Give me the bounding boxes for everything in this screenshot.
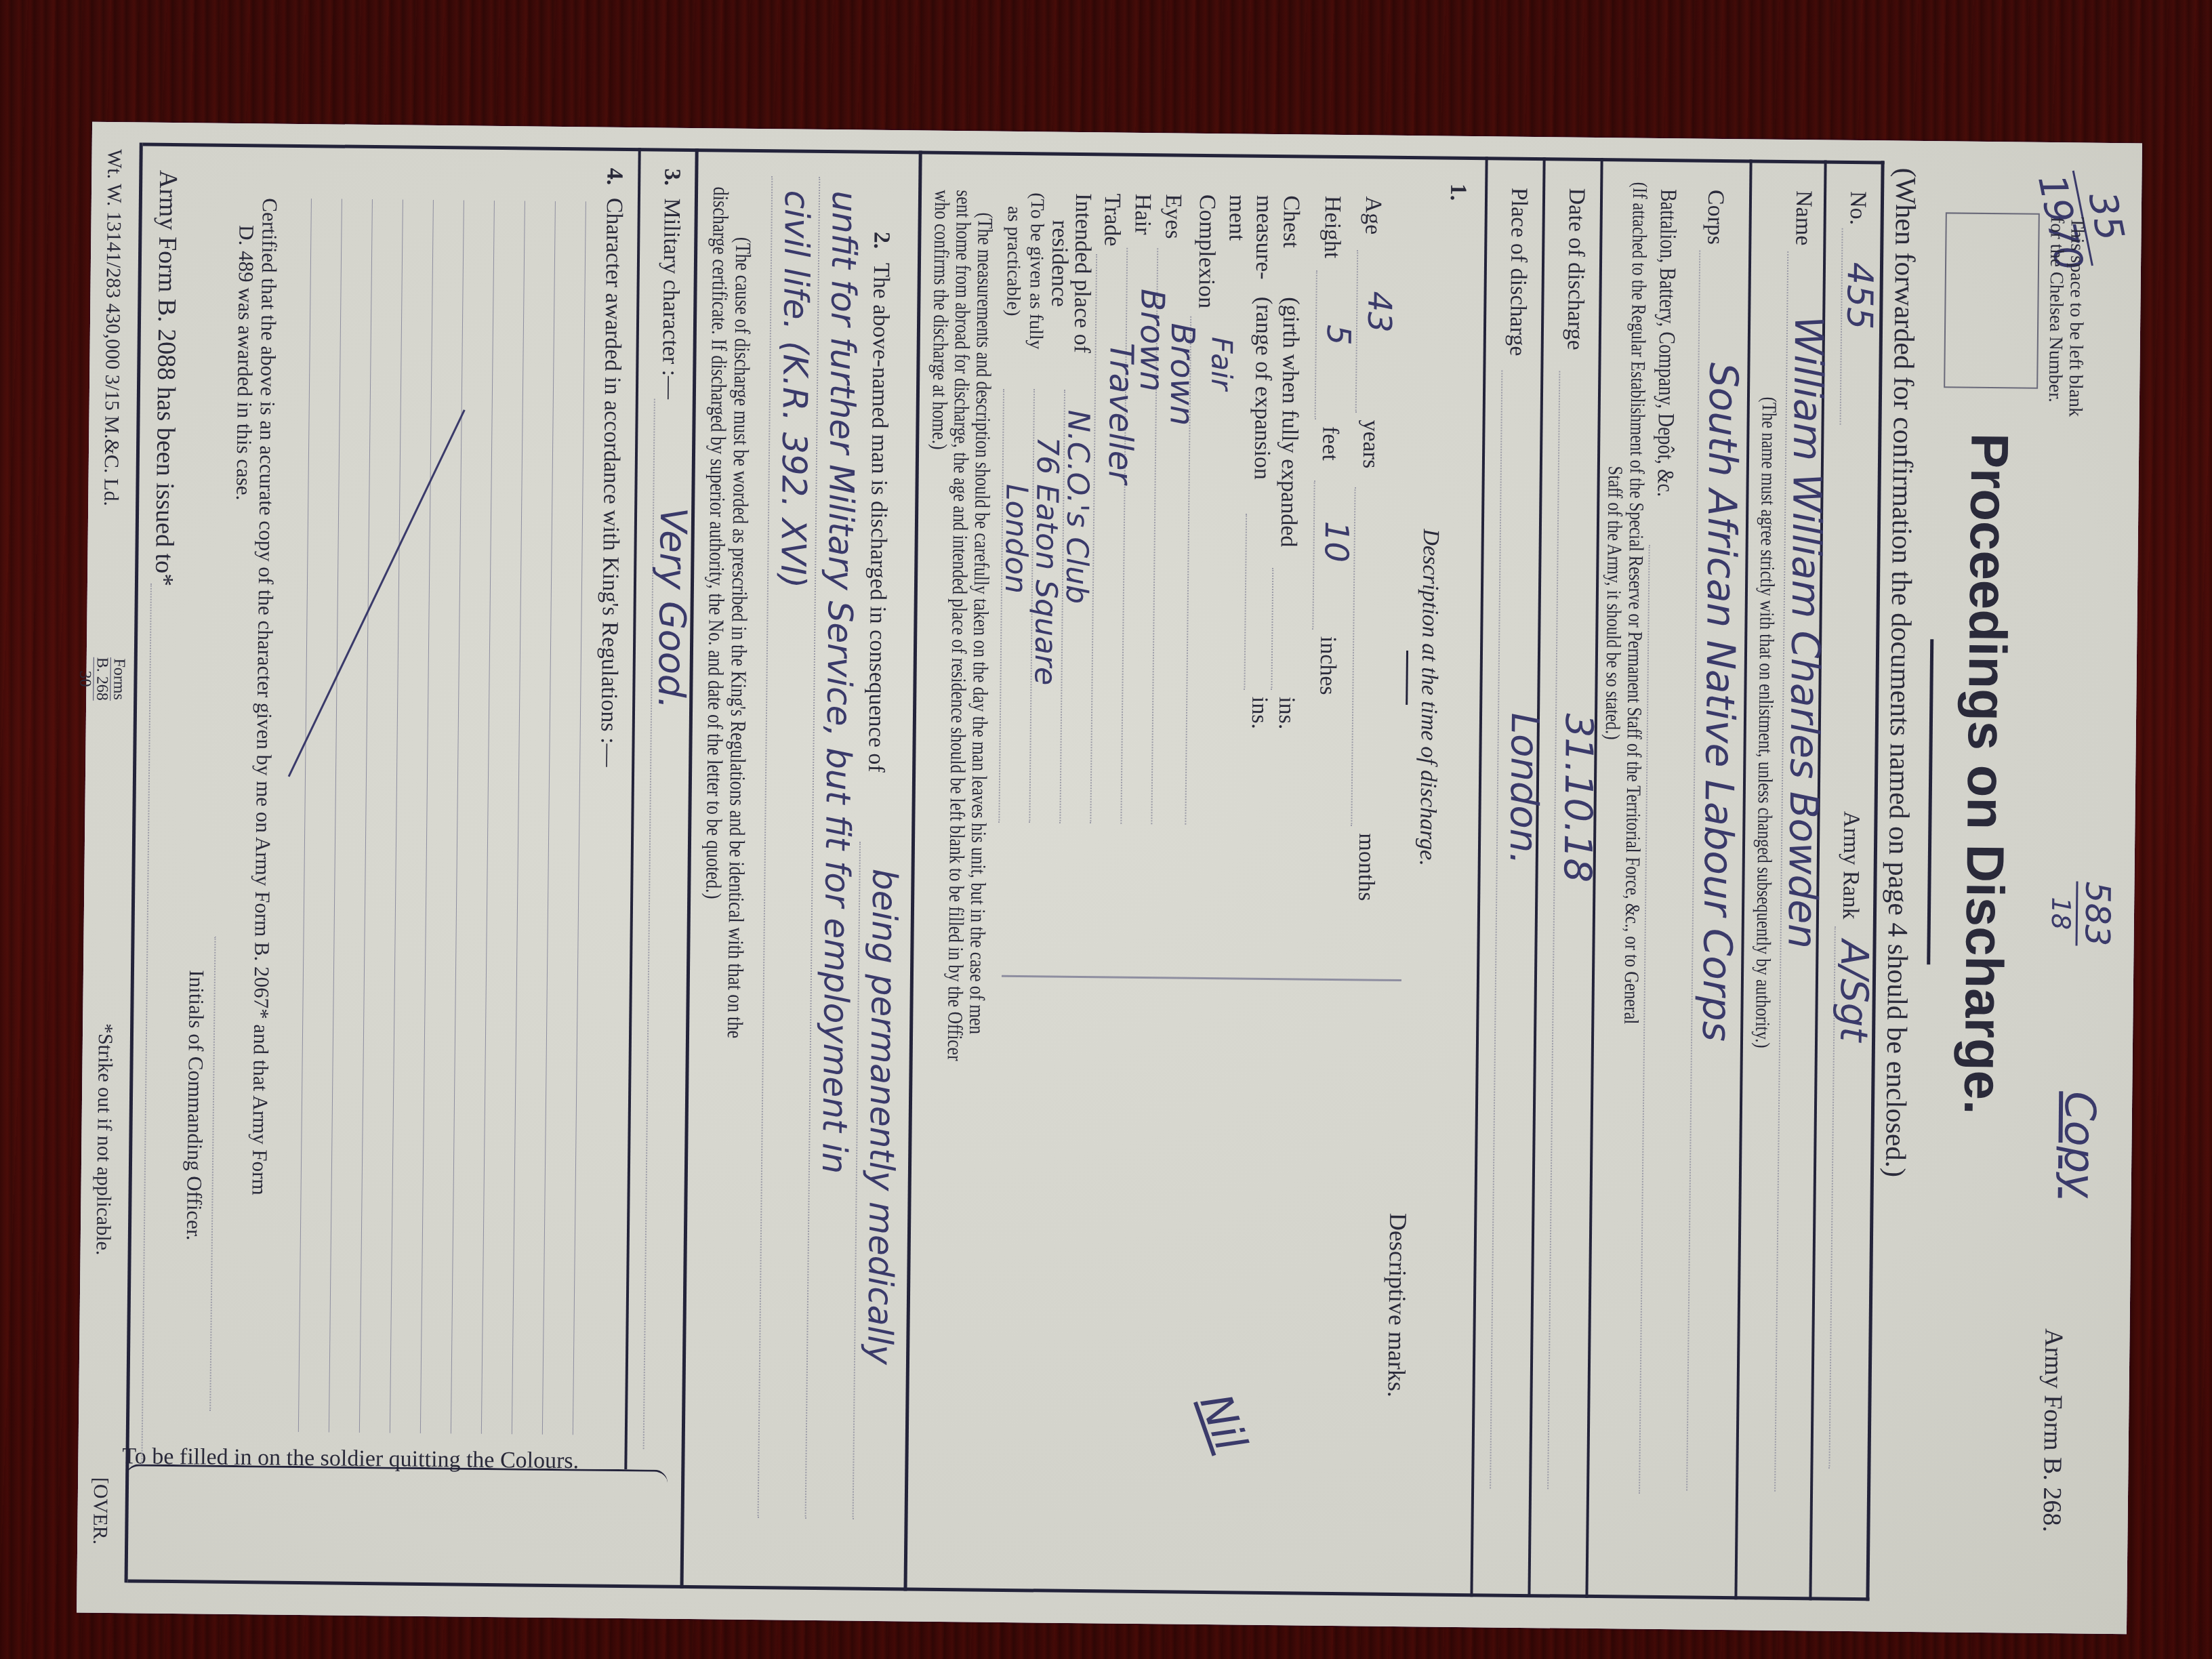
divider bbox=[680, 148, 698, 1589]
chelsea-number-box bbox=[1944, 212, 2040, 388]
initials-label: Initials of Commanding Officer. bbox=[182, 970, 209, 1240]
forms-code-bottom: 30 bbox=[77, 657, 94, 701]
character-rule-line bbox=[298, 199, 312, 1432]
place-of-discharge-value: London. bbox=[1501, 713, 1547, 865]
eyes-label: Eyes bbox=[1160, 194, 1186, 239]
character-lines bbox=[2127, 143, 2142, 1634]
chelsea-note: This space to be left blank for the Chel… bbox=[2045, 217, 2087, 417]
battalion-label: Battalion, Battery, Company, Depôt, &c. bbox=[1652, 189, 1681, 497]
character-rule-line bbox=[481, 201, 495, 1434]
section4: 4. Character awarded in accordance with … bbox=[595, 168, 627, 767]
military-character-value: Very Good. bbox=[650, 507, 695, 709]
age-years-label: years bbox=[1357, 419, 1384, 468]
section1-number: 1. bbox=[1445, 184, 1471, 201]
residence-label: Intended place of residence (To be given… bbox=[1001, 192, 1094, 353]
descriptive-divider bbox=[1002, 975, 1401, 981]
residence-label-line: (To be given as fully bbox=[1024, 192, 1048, 352]
forms-code-mid: B. 268 bbox=[93, 657, 110, 701]
section1-heading-rule bbox=[1406, 651, 1408, 705]
battalion-note: (If attached to the Regular Establishmen… bbox=[1598, 182, 1650, 1024]
section3-number: 3. bbox=[659, 168, 684, 186]
corps-label: Corps bbox=[1702, 190, 1728, 245]
name-label: Name bbox=[1790, 190, 1816, 246]
divider bbox=[624, 148, 640, 1469]
frame-right bbox=[128, 1579, 1870, 1601]
girth-rule bbox=[1271, 568, 1273, 690]
character-rule-line bbox=[329, 199, 342, 1433]
age-months-label: months bbox=[1353, 833, 1379, 901]
strike-note: *Strike out if not applicable. bbox=[91, 1023, 117, 1256]
residence-label-line: as practicable) bbox=[1001, 192, 1025, 352]
section2-note: (The cause of discharge must be worded a… bbox=[701, 237, 755, 1038]
cause-line-2: unfit for further Military Service, but … bbox=[815, 190, 864, 1174]
fraction-numerator: 583 bbox=[2078, 881, 2118, 946]
complexion-value: Fair bbox=[1205, 337, 1239, 390]
subtitle: (When forwarded for confirmation the doc… bbox=[1879, 167, 1922, 1177]
certified-text: Certified that the above is an accurate … bbox=[225, 198, 281, 1195]
no-label: No. bbox=[1845, 191, 1871, 225]
corps-value: South African Native Labour Corps bbox=[1694, 363, 1746, 1042]
trade-value: Traveller bbox=[1101, 342, 1141, 484]
residence-line-3: London bbox=[998, 484, 1034, 594]
character-rule-line bbox=[451, 200, 464, 1433]
height-inches-label: inches bbox=[1314, 636, 1340, 695]
divider bbox=[903, 150, 922, 1591]
chest-label-line: ment bbox=[1223, 194, 1250, 279]
character-rule-line bbox=[542, 201, 556, 1435]
name-note: (The name must agree strictly with that … bbox=[1750, 396, 1780, 1048]
character-strike-line bbox=[288, 409, 466, 777]
army-rank-value: A/Sgt bbox=[1831, 940, 1877, 1042]
range-rule bbox=[1244, 514, 1247, 690]
forms-code-top: Forms bbox=[110, 657, 127, 701]
age-years-value: 43 bbox=[1360, 291, 1399, 333]
height-inches-value: 10 bbox=[1317, 521, 1355, 563]
section3-label: Military character :— bbox=[657, 198, 684, 399]
age-label: Age bbox=[1359, 196, 1386, 234]
height-feet-label: feet bbox=[1317, 426, 1343, 461]
cause-line-3: civil life. (K.R. 392. XVI) bbox=[773, 190, 817, 588]
section4-label: Character awarded in accordance with Kin… bbox=[596, 198, 627, 767]
chest-label-line: Chest bbox=[1277, 195, 1305, 280]
fraction-denominator: 18 bbox=[2046, 881, 2078, 946]
date-rule bbox=[1547, 371, 1560, 1489]
section3: 3. Military character :— bbox=[657, 168, 685, 399]
section1-note: (The measurements and description should… bbox=[922, 212, 996, 1061]
character-rule-line bbox=[390, 200, 403, 1433]
character-rule-line bbox=[359, 199, 373, 1433]
army-rank-label: Army Rank bbox=[1837, 811, 1864, 920]
over-marker: [OVER. bbox=[88, 1477, 112, 1545]
hair-rule bbox=[1120, 248, 1128, 824]
residence-label-line: Intended place of bbox=[1070, 193, 1094, 353]
section2-number: 2. bbox=[869, 232, 894, 249]
no-value: 455 bbox=[1839, 262, 1880, 330]
residence-rule bbox=[998, 389, 1004, 823]
chest-girth-label: (girth when fully expanded bbox=[1275, 297, 1304, 548]
character-rule-line bbox=[573, 201, 586, 1435]
height-feet-value: 5 bbox=[1319, 325, 1357, 346]
discharge-form-page: 35 1970 583 18 Copy This space to be lef… bbox=[77, 122, 2142, 1635]
place-rule bbox=[1490, 371, 1502, 1489]
residence-label-line: residence bbox=[1047, 193, 1071, 353]
divider bbox=[1470, 157, 1488, 1597]
residence-line-2: 76 Eaton Square bbox=[1027, 436, 1065, 685]
chest-label: Chest measure- ment bbox=[1223, 194, 1305, 280]
chest-girth-unit: ins. bbox=[1273, 697, 1300, 730]
colours-bracket bbox=[125, 1464, 668, 1492]
frame-left bbox=[143, 143, 1885, 165]
section4-number: 4. bbox=[602, 168, 627, 186]
height-label: Height bbox=[1319, 196, 1345, 259]
copy-annotation: Copy bbox=[2055, 1091, 2106, 1198]
height-rule bbox=[1315, 270, 1317, 419]
initials-rule bbox=[209, 937, 216, 1411]
forms-code: Forms B. 268 30 bbox=[77, 657, 127, 701]
chelsea-note-line: for the Chelsea Number. bbox=[2045, 217, 2067, 417]
issued-rule bbox=[141, 583, 152, 1465]
chest-range-label: (range of expansion bbox=[1249, 297, 1277, 480]
descriptive-marks-label: Descriptive marks. bbox=[1382, 1213, 1412, 1397]
complexion-label: Complexion bbox=[1193, 194, 1220, 308]
cause-line-1: being permanently medically bbox=[860, 869, 905, 1365]
descriptive-marks-value: Nil bbox=[1189, 1387, 1256, 1457]
chelsea-note-line: This space to be left blank bbox=[2065, 217, 2087, 417]
issued-label: Army Form B. 2088 has been issued to* bbox=[149, 170, 183, 587]
cause-rule bbox=[758, 176, 773, 1518]
height-inches-rule bbox=[1312, 480, 1315, 630]
name-value: William William Charles Bowden bbox=[1779, 316, 1832, 949]
hair-label: Hair bbox=[1129, 194, 1155, 235]
form-number: Army Form B. 268. bbox=[2036, 1328, 2068, 1532]
section2-label: The above-named man is discharged in con… bbox=[863, 263, 894, 773]
printer-line: Wt. W. 13141/283 430,000 3/15 M.&C. Ld. bbox=[99, 149, 126, 506]
date-of-discharge-label: Date of discharge bbox=[1562, 188, 1590, 350]
section1-heading: Description at the time of discharge. bbox=[1414, 529, 1443, 866]
annotation-fraction-center: 583 18 bbox=[2046, 881, 2118, 947]
title-underline bbox=[1927, 639, 1933, 964]
chest-range-unit: ins. bbox=[1246, 697, 1273, 730]
character-rule-line bbox=[512, 201, 525, 1434]
place-of-discharge-label: Place of discharge bbox=[1504, 188, 1532, 356]
frame-bottom bbox=[125, 142, 143, 1582]
section2-text: 2. The above-named man is discharged in … bbox=[863, 232, 894, 773]
trade-label: Trade bbox=[1099, 193, 1125, 246]
date-of-discharge-value: 31.10.18 bbox=[1555, 713, 1601, 882]
character-rule-line bbox=[420, 200, 434, 1433]
divider bbox=[1528, 157, 1545, 1597]
chest-label-line: measure- bbox=[1250, 195, 1277, 280]
page-title: Proceedings on Discharge. bbox=[1952, 433, 2021, 1115]
